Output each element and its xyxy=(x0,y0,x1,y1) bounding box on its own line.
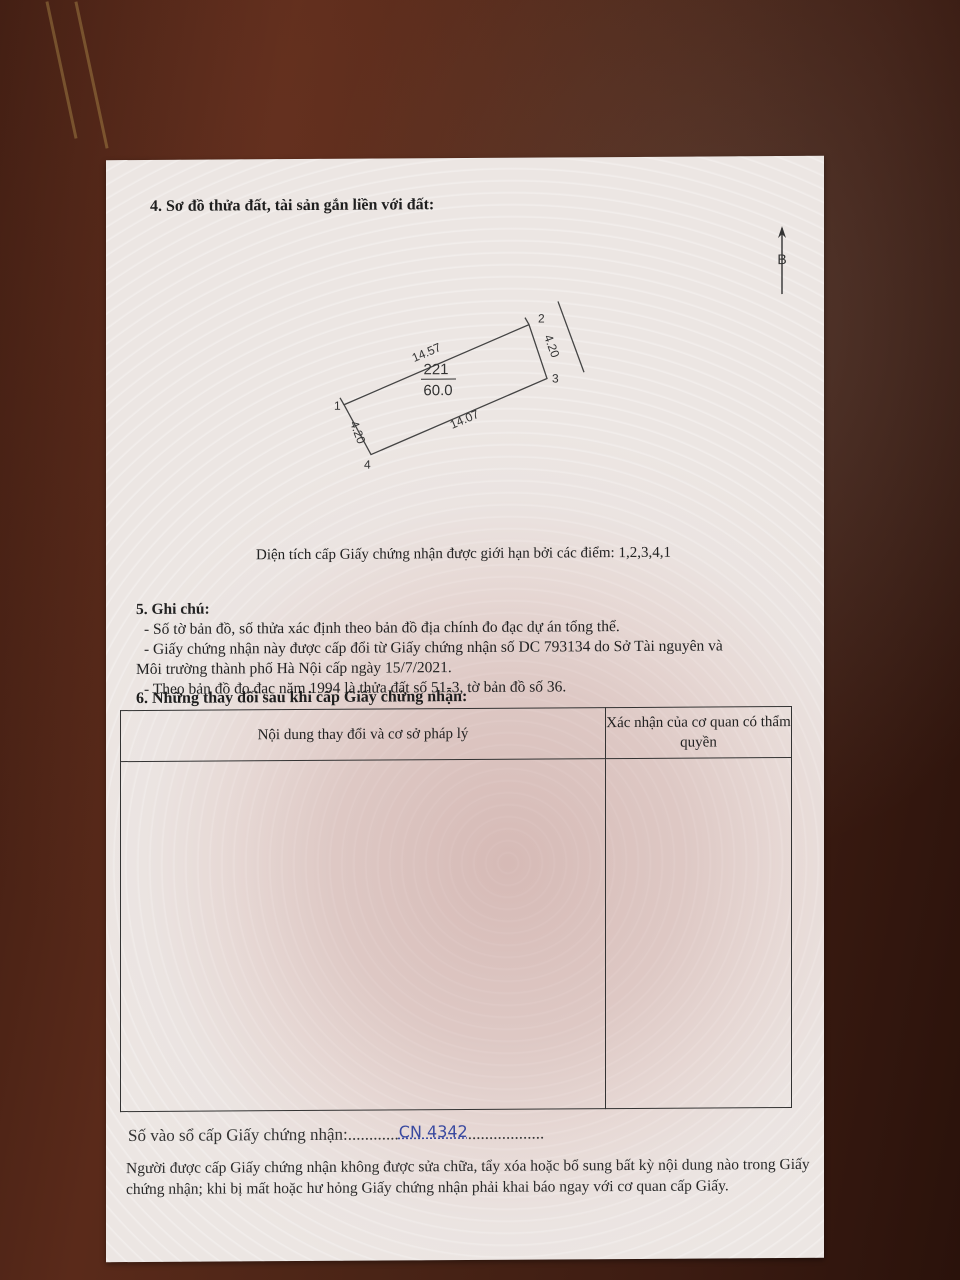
svg-text:1: 1 xyxy=(334,399,341,413)
north-arrow-icon: B xyxy=(772,224,792,296)
svg-text:B: B xyxy=(777,251,786,267)
dot-leader: ............ xyxy=(348,1124,399,1143)
changes-table: Nội dung thay đổi và cơ sở pháp lý Xác n… xyxy=(120,706,792,1112)
section-6-title: 6. Những thay đổi sau khi cấp Giấy chứng… xyxy=(136,688,467,708)
svg-text:4.20: 4.20 xyxy=(347,419,368,446)
column-header-authority: Xác nhận của cơ quan có thẩm quyền xyxy=(606,707,792,759)
svg-text:3: 3 xyxy=(552,371,559,385)
registry-number-handwritten: CN 4342 xyxy=(399,1122,468,1141)
parcel-diagram: 221 60.0 14.57 4.20 14.07 4.20 1 2 3 4 xyxy=(326,292,596,474)
area-limit-text: Diện tích cấp Giấy chứng nhận được giới … xyxy=(256,545,671,565)
registry-number-line: Số vào sổ cấp Giấy chứng nhận:..........… xyxy=(128,1124,544,1147)
land-certificate-page: 4. Sơ đồ thửa đất, tài sản gắn liền với … xyxy=(106,156,824,1262)
notes-section: 5. Ghi chú: - Số tờ bản đồ, số thửa xác … xyxy=(136,596,796,700)
dot-leader: .................. xyxy=(468,1124,545,1143)
note-line: - Giấy chứng nhận này được cấp đổi từ Gi… xyxy=(136,636,796,660)
wood-grain xyxy=(74,1,108,148)
registry-label: Số vào sổ cấp Giấy chứng nhận: xyxy=(128,1125,348,1145)
authority-confirmation-cell xyxy=(606,758,792,1109)
svg-text:60.0: 60.0 xyxy=(423,382,452,399)
warning-notice: Người được cấp Giấy chứng nhận không đượ… xyxy=(126,1154,816,1200)
svg-text:2: 2 xyxy=(538,312,545,326)
svg-text:221: 221 xyxy=(423,361,448,378)
svg-text:4.20: 4.20 xyxy=(541,333,562,360)
changes-content-cell xyxy=(121,759,606,1112)
svg-text:4: 4 xyxy=(364,458,371,472)
section-4-title: 4. Sơ đồ thửa đất, tài sản gắn liền với … xyxy=(150,196,434,216)
column-header-content: Nội dung thay đổi và cơ sở pháp lý xyxy=(121,708,606,762)
wood-grain xyxy=(45,1,77,139)
svg-text:14.07: 14.07 xyxy=(448,407,481,432)
